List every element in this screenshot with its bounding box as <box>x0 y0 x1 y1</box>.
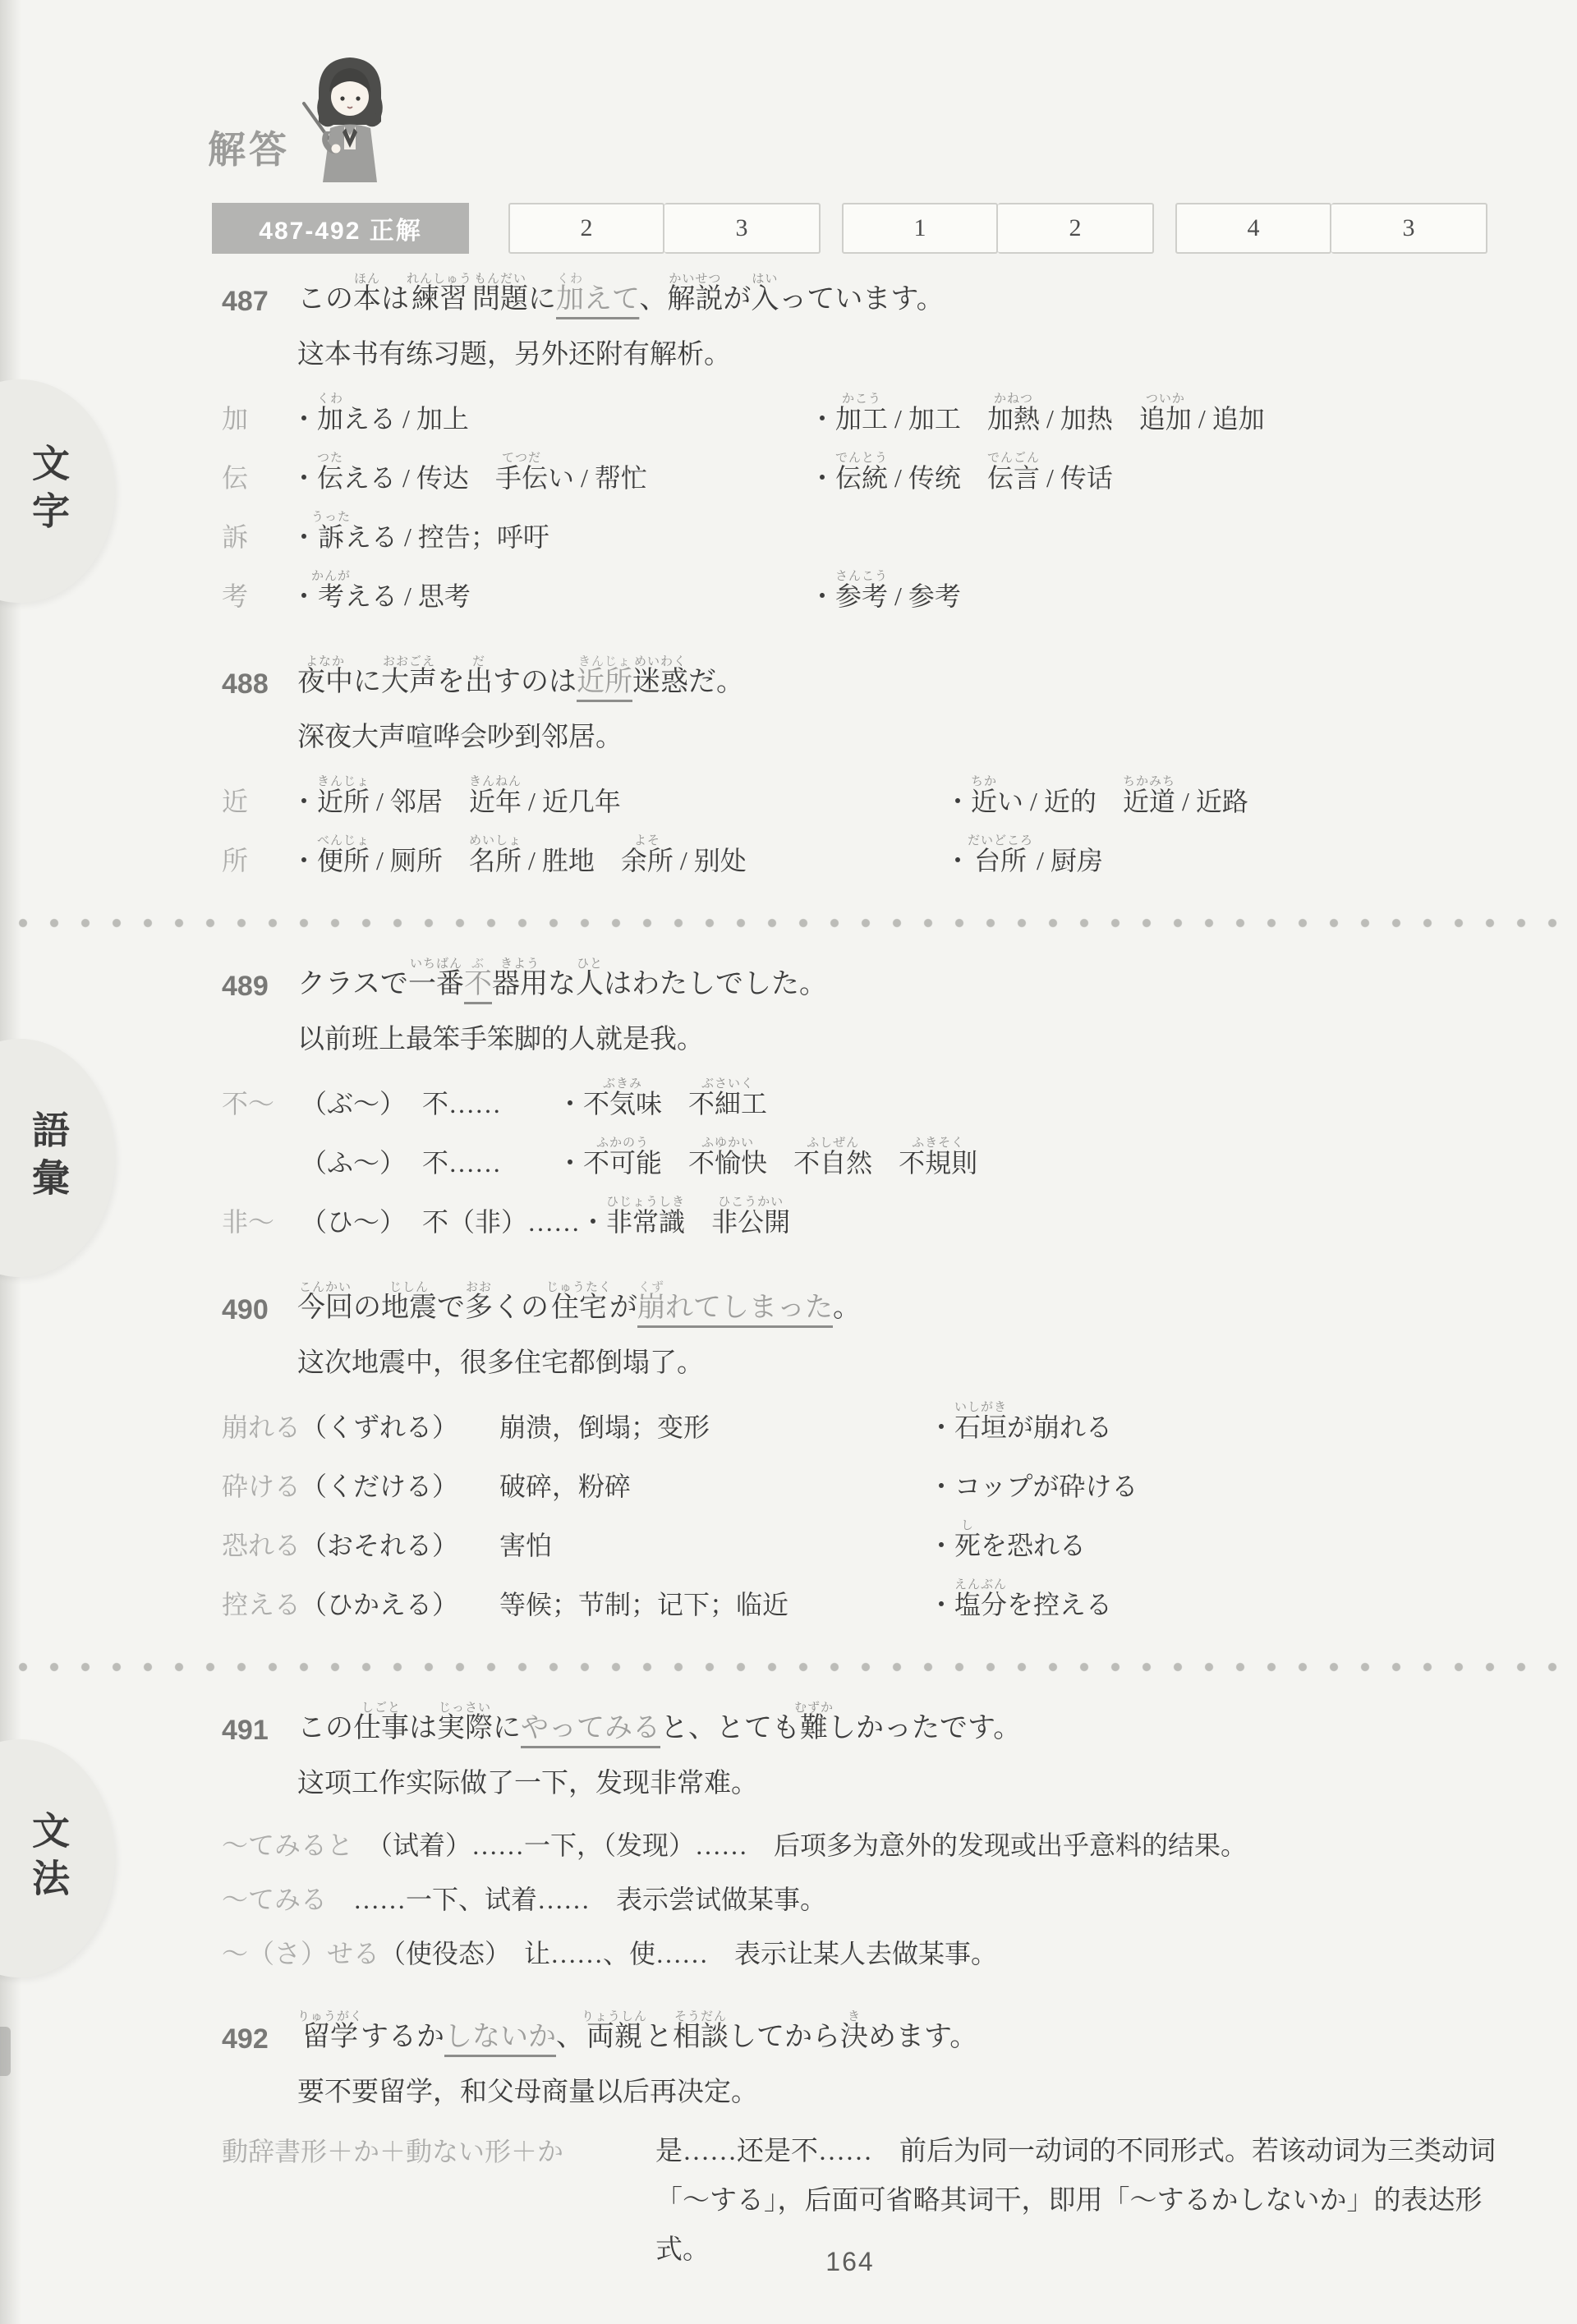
vocab-right: ・近ちかい / 近的 近道ちかみち / 近路 <box>945 772 1248 831</box>
translation-line: 以前班上最笨手笨脚的人就是我。 <box>297 1015 1511 1064</box>
translation-line: 这次地震中，很多住宅都倒塌了。 <box>297 1339 1511 1388</box>
question-sentence: 夜中よなかに大声おおごえを出だすのは近所きんじょ迷惑めいわくだ。 <box>297 652 744 713</box>
question-line: 490今回こんかいの地震じしんで多おおくの住宅じゅうたくが崩くずれてしまった。 <box>222 1278 1511 1339</box>
vocab-left: ・考かんがえる / 思考 <box>291 581 471 611</box>
question-number: 489 <box>222 954 297 1015</box>
vocab-right: ・台所だいどころ / 厨房 <box>945 831 1103 890</box>
question-number: 491 <box>222 1698 297 1759</box>
vocab-right: ・加工かこう / 加工 加熱かねつ / 加热 追加ついか / 追加 <box>809 389 1265 448</box>
verb-word: 崩れる <box>222 1412 301 1442</box>
verb-headword: 控える（ひかえる） <box>222 1575 499 1634</box>
answer-cell-group: 43 <box>1175 203 1487 254</box>
prefix-row: （ふ～）不……・不可能ふかのう 不愉快ふゆかい 不自然ふしぜん 不規則ふきそく <box>222 1133 1511 1192</box>
prefix-examples: ・不可能ふかのう 不愉快ふゆかい 不自然ふしぜん 不規則ふきそく <box>557 1148 977 1178</box>
verb-reading: （くだける） <box>301 1472 458 1501</box>
verb-row: 控える（ひかえる）等候；节制；记下；临近・塩分えんぶんを控える <box>222 1575 1511 1634</box>
question-number: 490 <box>222 1278 297 1339</box>
question-block-490: 490今回こんかいの地震じしんで多おおくの住宅じゅうたくが崩くずれてしまった。这… <box>222 1278 1511 1634</box>
question-sentence: クラスで一番いちばん不ぶ器用きような人ひとはわたしでした。 <box>297 954 827 1015</box>
verb-reading: （ひかえる） <box>301 1590 458 1619</box>
prefix-label: 非～ <box>222 1192 301 1252</box>
prefix-reading: （ひ～） <box>301 1192 422 1252</box>
verb-example: ・石垣いしがきが崩れる <box>928 1398 1112 1457</box>
answer-word: やってみる <box>521 1713 660 1743</box>
grammar-flow-row: ～（さ）せる（使役态） 让……、使…… 表示让某人去做某事。 <box>222 1927 1511 1981</box>
vocab-left: ・伝つたえる / 传达 手伝てつだい / 帮忙 <box>291 463 647 493</box>
answer-cell: 2 <box>508 203 664 254</box>
answer-word: 近所きんじょ <box>577 667 632 697</box>
grammar-explanation: 是……还是不…… 前后为同一动词的不同形式。若该动词为三类动词「～する」，后面可… <box>655 2127 1511 2275</box>
vocab-row: 考・考かんがえる / 思考・参考さんこう / 参考 <box>222 567 1511 626</box>
verb-headword: 砕ける（くだける） <box>222 1457 499 1516</box>
kanji-headword: 考 <box>222 567 291 626</box>
answer-cell: 2 <box>998 203 1154 254</box>
prefix-row: 不～（ぶ～）不……・不気味ぶきみ 不細工ぶさいく <box>222 1074 1511 1133</box>
answer-cell-group: 23 <box>508 203 821 254</box>
verb-headword: 恐れる（おそれる） <box>222 1516 499 1575</box>
answer-range-label: 487-492 正解 <box>212 203 469 254</box>
kanji-headword: 加 <box>222 389 291 448</box>
verb-example: ・死しを恐れる <box>928 1516 1086 1575</box>
answer-cell-group: 12 <box>842 203 1154 254</box>
kanji-headword: 所 <box>222 831 291 890</box>
verb-word: 控える <box>222 1590 301 1619</box>
question-line: 488夜中よなかに大声おおごえを出だすのは近所きんじょ迷惑めいわくだ。 <box>222 652 1511 713</box>
page-content: 487この本ほんは練習れんしゅう問題もんだいに加くわえて、解説かいせつが入はいっ… <box>0 269 1577 2301</box>
translation-line: 要不要留学，和父母商量以后再决定。 <box>297 2068 1511 2117</box>
grammar-pattern-label: 動辞書形＋か＋動ない形＋か <box>222 2127 655 2275</box>
question-line: 489クラスで一番いちばん不ぶ器用きような人ひとはわたしでした。 <box>222 954 1511 1015</box>
verb-reading: （おそれる） <box>301 1531 458 1560</box>
vocab-row: 加・加くわえる / 加上・加工かこう / 加工 加熱かねつ / 加热 追加ついか… <box>222 389 1511 448</box>
translation-line: 这本书有练习题，另外还附有解析。 <box>297 330 1511 379</box>
question-block-489: 489クラスで一番いちばん不ぶ器用きような人ひとはわたしでした。以前班上最笨手笨… <box>222 954 1511 1252</box>
question-sentence: 今回こんかいの地震じしんで多おおくの住宅じゅうたくが崩くずれてしまった。 <box>297 1278 861 1339</box>
answer-key-bar: 487-492 正解 231243 <box>212 203 1487 254</box>
grammar-flow-row: ～てみると （试着）……一下，（发现）…… 后项多为意外的发现或出乎意料的结果。 <box>222 1818 1511 1872</box>
answer-word: 崩くずれてしまった <box>637 1293 833 1323</box>
answer-cell: 1 <box>842 203 998 254</box>
question-number: 492 <box>222 2007 297 2068</box>
kanji-headword: 訴 <box>222 508 291 567</box>
answer-word: 加くわえて <box>556 284 639 315</box>
vocab-row: 伝・伝つたえる / 传达 手伝てつだい / 帮忙・伝統でんとう / 传统 伝言で… <box>222 448 1511 508</box>
question-sentence: 留学りゅうがくするかしないか、両親りょうしんと相談そうだんしてから決きめます。 <box>297 2007 977 2068</box>
kanji-headword: 近 <box>222 772 291 831</box>
question-block-487: 487この本ほんは練習れんしゅう問題もんだいに加くわえて、解説かいせつが入はいっ… <box>222 269 1511 626</box>
prefix-pattern: 不…… <box>422 1074 557 1133</box>
page-number: 164 <box>825 2247 874 2277</box>
question-line: 487この本ほんは練習れんしゅう問題もんだいに加くわえて、解説かいせつが入はいっ… <box>222 269 1511 330</box>
vocab-right: ・参考さんこう / 参考 <box>809 567 961 626</box>
textbook-answer-page: 解答 487-492 正解 231243 文字語彙文法 487この本ほんは練習れ… <box>0 0 1577 2324</box>
vocab-row: 訴・訴うったえる / 控告；呼吁 <box>222 508 1511 567</box>
verb-row: 恐れる（おそれる）害怕・死しを恐れる <box>222 1516 1511 1575</box>
answer-cell: 4 <box>1175 203 1331 254</box>
vocab-row: 所・便所べんじょ / 厕所 名所めいしょ / 胜地 余所よそ / 别处・台所だい… <box>222 831 1511 890</box>
prefix-row: 非～（ひ～）不（非）……・非常識ひじょうしき 非公開ひこうかい <box>222 1192 1511 1252</box>
teacher-girl-illustration <box>287 49 412 189</box>
translation-line: 这项工作实际做了一下，发现非常难。 <box>297 1759 1511 1808</box>
question-line: 492留学りゅうがくするかしないか、両親りょうしんと相談そうだんしてから決きめま… <box>222 2007 1511 2068</box>
verb-meaning: 破碎，粉碎 <box>499 1472 631 1501</box>
answer-word: しないか <box>444 2022 556 2052</box>
kanji-headword: 伝 <box>222 448 291 508</box>
vocab-row: 近・近所きんじょ / 邻居 近年きんねん / 近几年・近ちかい / 近的 近道ち… <box>222 772 1511 831</box>
prefix-pattern: 不（非）…… <box>422 1192 580 1252</box>
question-number: 487 <box>222 269 297 330</box>
prefix-reading: （ぶ～） <box>301 1074 422 1133</box>
verb-reading: （くずれる） <box>301 1412 458 1442</box>
question-line: 491この仕事しごとは実際じっさいにやってみると、とても難むずかしかったです。 <box>222 1698 1511 1759</box>
verb-word: 砕ける <box>222 1472 301 1501</box>
vocab-right: ・伝統でんとう / 传统 伝言でんごん / 传话 <box>809 448 1113 508</box>
prefix-examples: ・非常識ひじょうしき 非公開ひこうかい <box>580 1207 790 1237</box>
answer-cell: 3 <box>1331 203 1487 254</box>
question-sentence: この仕事しごとは実際じっさいにやってみると、とても難むずかしかったです。 <box>297 1698 1021 1759</box>
verb-word: 恐れる <box>222 1531 301 1560</box>
verb-meaning: 等候；节制；记下；临近 <box>499 1590 788 1619</box>
vocab-left: ・加くわえる / 加上 <box>291 404 469 434</box>
verb-meaning: 崩溃，倒塌；变形 <box>499 1412 710 1442</box>
vocab-left: ・便所べんじょ / 厕所 名所めいしょ / 胜地 余所よそ / 别处 <box>291 846 747 875</box>
question-sentence: この本ほんは練習れんしゅう問題もんだいに加くわえて、解説かいせつが入はいっていま… <box>297 269 945 330</box>
question-number: 488 <box>222 652 297 713</box>
dotted-separator <box>16 916 1561 930</box>
verb-meaning: 害怕 <box>499 1531 552 1560</box>
dotted-separator <box>16 1660 1561 1674</box>
prefix-label: 不～ <box>222 1074 301 1133</box>
verb-example: ・コップが砕ける <box>928 1457 1138 1516</box>
verb-headword: 崩れる（くずれる） <box>222 1398 499 1457</box>
grammar-flow-row: ～てみる ……一下、试着…… 表示尝试做某事。 <box>222 1872 1511 1927</box>
answer-cells: 231243 <box>508 203 1487 254</box>
vocab-left: ・近所きんじょ / 邻居 近年きんねん / 近几年 <box>291 787 621 816</box>
verb-row: 砕ける（くだける）破碎，粉碎・コップが砕ける <box>222 1457 1511 1516</box>
page-title: 解答 <box>208 120 290 174</box>
answer-word: 不ぶ <box>464 969 492 999</box>
verb-row: 崩れる（くずれる）崩溃，倒塌；变形・石垣いしがきが崩れる <box>222 1398 1511 1457</box>
verb-example: ・塩分えんぶんを控える <box>928 1575 1112 1634</box>
answer-cell: 3 <box>664 203 821 254</box>
question-block-488: 488夜中よなかに大声おおごえを出だすのは近所きんじょ迷惑めいわくだ。深夜大声喧… <box>222 652 1511 890</box>
question-block-491: 491この仕事しごとは実際じっさいにやってみると、とても難むずかしかったです。这… <box>222 1698 1511 1981</box>
prefix-examples: ・不気味ぶきみ 不細工ぶさいく <box>557 1089 767 1118</box>
question-block-492: 492留学りゅうがくするかしないか、両親りょうしんと相談そうだんしてから決きめま… <box>222 2007 1511 2275</box>
prefix-pattern: 不…… <box>422 1133 557 1192</box>
vocab-left: ・訴うったえる / 控告；呼吁 <box>291 522 549 552</box>
translation-line: 深夜大声喧哗会吵到邻居。 <box>297 713 1511 762</box>
prefix-reading: （ふ～） <box>301 1133 422 1192</box>
